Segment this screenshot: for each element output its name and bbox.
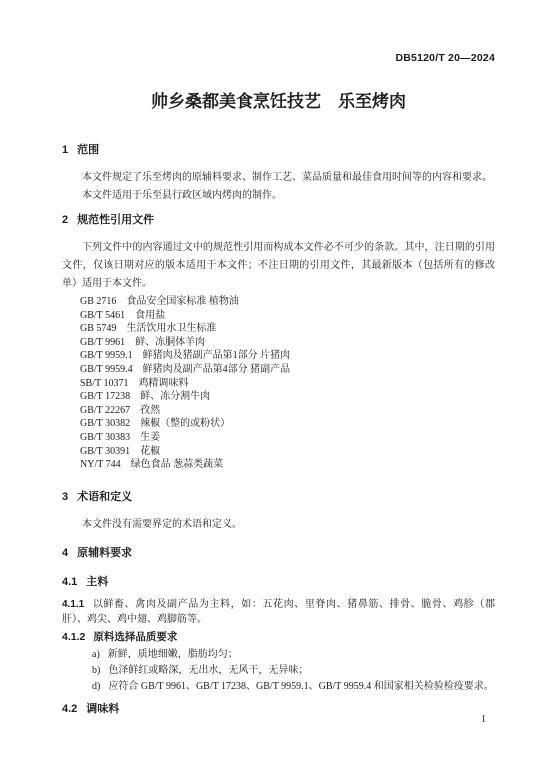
section-1-number: 1 [62, 144, 68, 156]
reference-code: SB/T 10371 [80, 378, 128, 389]
quality-item-text: 新鲜，质地细嫩，脂肪均匀； [108, 649, 238, 660]
reference-item: GB/T 30383生姜 [80, 431, 495, 445]
reference-title: 鲜、冻分割牛肉 [140, 391, 210, 402]
section-4-1-number: 4.1 [62, 576, 77, 588]
quality-item-label: d) [92, 681, 100, 692]
terms-paragraph: 本文件没有需要界定的术语和定义。 [62, 516, 495, 534]
page-number: 1 [481, 714, 486, 726]
clause-4-1-1-number: 4.1.1 [62, 599, 84, 610]
section-3-number: 3 [62, 491, 68, 503]
quality-item: b)色泽鲜红或略深，无出水，无风干，无异味； [92, 663, 495, 679]
reference-item: GB/T 17238鲜、冻分割牛肉 [80, 390, 495, 404]
section-3-heading: 3术语和定义 [62, 490, 495, 504]
reference-code: NY/T 744 [80, 459, 121, 470]
reference-item: SB/T 10371鸡精调味料 [80, 377, 495, 391]
quality-item-label: a) [92, 649, 100, 660]
section-4-1-title: 主料 [86, 576, 108, 588]
reference-title: 生活饮用水卫生标准 [126, 323, 216, 334]
clause-4-1-2-number: 4.1.2 [62, 631, 85, 643]
reference-code: GB/T 9959.1 [80, 350, 133, 361]
reference-title: 孜然 [140, 405, 160, 416]
reference-title: 食品安全国家标准 植物油 [126, 296, 239, 307]
normative-refs-intro: 下列文件中的内容通过文中的规范性引用而构成本文件必不可少的条款。其中，注日期的引… [62, 239, 495, 293]
reference-title: 鲜、冻胴体羊肉 [135, 337, 205, 348]
document-content: DB5120/T 20—2024 帅乡桑都美食烹饪技艺 乐至烤肉 1范围 本文件… [0, 0, 545, 716]
section-2-number: 2 [62, 214, 68, 226]
reference-item: GB/T 9959.4鲜猪肉及副产品第4部分 猪副产品 [80, 363, 495, 377]
section-4-title: 原辅料要求 [77, 547, 132, 559]
reference-item: GB/T 30391花椒 [80, 445, 495, 459]
reference-item: GB 2716食品安全国家标准 植物油 [80, 295, 495, 309]
reference-code: GB/T 30391 [80, 446, 130, 457]
clause-4-1-1: 4.1.1以鲜畜、禽肉及副产品为主料，如：五花肉、里脊肉、猪鼻筋、排骨、脆骨、鸡… [62, 597, 495, 628]
quality-item-label: b) [92, 665, 100, 676]
document-title: 帅乡桑都美食烹饪技艺 乐至烤肉 [62, 91, 495, 113]
reference-item: NY/T 744绿色食品 葱蒜类蔬菜 [80, 458, 495, 472]
reference-code: GB/T 22267 [80, 405, 130, 416]
document-page: DB5120/T 20—2024 帅乡桑都美食烹饪技艺 乐至烤肉 1范围 本文件… [0, 0, 545, 758]
section-4-number: 4 [62, 547, 68, 559]
reference-item: GB 5749生活饮用水卫生标准 [80, 322, 495, 336]
reference-code: GB/T 9959.4 [80, 364, 133, 375]
clause-4-1-2-text: 原料选择品质要求 [93, 631, 177, 643]
section-1-title: 范围 [77, 144, 99, 156]
scope-paragraph-1: 本文件规定了乐至烤肉的原辅料要求、制作工艺、菜品质量和最佳食用时间等的内容和要求… [62, 169, 495, 187]
reference-item: GB/T 5461食用盐 [80, 309, 495, 323]
reference-code: GB/T 30383 [80, 432, 130, 443]
clause-4-1-1-text: 以鲜畜、禽肉及副产品为主料，如：五花肉、里脊肉、猪鼻筋、排骨、脆骨、鸡胗（郡肝）… [62, 599, 495, 626]
section-4-2-heading: 4.2调味料 [62, 702, 495, 716]
reference-code: GB/T 30382 [80, 418, 130, 429]
section-4-2-number: 4.2 [62, 703, 77, 715]
reference-item: GB/T 9961鲜、冻胴体羊肉 [80, 336, 495, 350]
references-list: GB 2716食品安全国家标准 植物油GB/T 5461食用盐GB 5749生活… [62, 295, 495, 472]
reference-item: GB/T 22267孜然 [80, 404, 495, 418]
reference-title: 鸡精调味料 [138, 378, 188, 389]
reference-code: GB/T 5461 [80, 310, 125, 321]
quality-item: a)新鲜，质地细嫩，脂肪均匀； [92, 647, 495, 663]
reference-item: GB/T 30382辣椒（整的或粉状） [80, 417, 495, 431]
section-4-1-heading: 4.1主料 [62, 575, 495, 589]
clause-4-1-2: 4.1.2原料选择品质要求 [62, 631, 495, 644]
reference-title: 辣椒（整的或粉状） [140, 418, 230, 429]
section-4-2-title: 调味料 [86, 703, 119, 715]
reference-title: 鲜猪肉及副产品第4部分 猪副产品 [143, 364, 291, 375]
section-3-title: 术语和定义 [77, 491, 132, 503]
reference-code: GB 5749 [80, 323, 116, 334]
reference-code: GB/T 17238 [80, 391, 130, 402]
scope-paragraph-2: 本文件适用于乐至县行政区域内烤肉的制作。 [62, 187, 495, 205]
reference-code: GB 2716 [80, 296, 116, 307]
quality-item-text: 色泽鲜红或略深，无出水，无风干，无异味； [108, 665, 308, 676]
reference-title: 鲜猪肉及猪副产品第1部分 片猪肉 [143, 350, 291, 361]
reference-title: 食用盐 [135, 310, 165, 321]
quality-item-text: 应符合 GB/T 9961、GB/T 17238、GB/T 9959.1、GB/… [108, 681, 493, 692]
standard-code: DB5120/T 20—2024 [62, 52, 495, 65]
reference-title: 花椒 [140, 446, 160, 457]
reference-item: GB/T 9959.1鲜猪肉及猪副产品第1部分 片猪肉 [80, 349, 495, 363]
quality-list: a)新鲜，质地细嫩，脂肪均匀；b)色泽鲜红或略深，无出水，无风干，无异味；d)应… [62, 647, 495, 695]
section-4-heading: 4原辅料要求 [62, 546, 495, 560]
reference-title: 生姜 [140, 432, 160, 443]
reference-title: 绿色食品 葱蒜类蔬菜 [131, 459, 224, 470]
reference-code: GB/T 9961 [80, 337, 125, 348]
quality-item: d)应符合 GB/T 9961、GB/T 17238、GB/T 9959.1、G… [92, 679, 495, 695]
section-2-heading: 2规范性引用文件 [62, 213, 495, 227]
section-2-title: 规范性引用文件 [77, 214, 154, 226]
section-1-heading: 1范围 [62, 143, 495, 157]
